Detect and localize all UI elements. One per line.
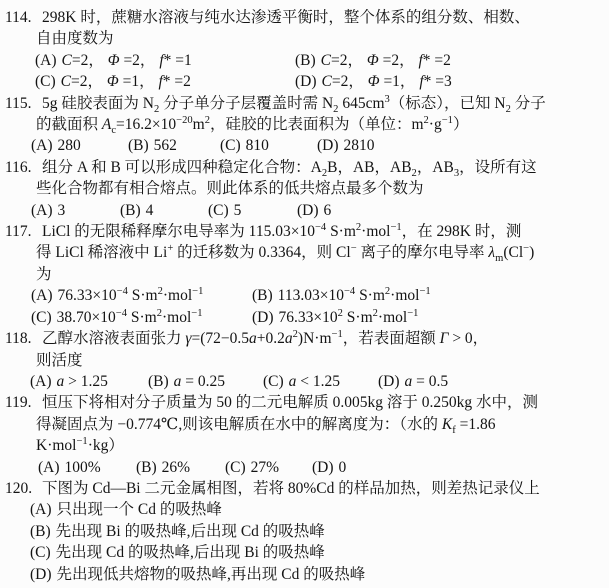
question-119-number: 119. <box>5 392 42 413</box>
option-120-B: (B)先出现 Bi 的吸热峰,后出现 Cd 的吸热峰 <box>30 521 605 542</box>
option-119-D: (D)0 <box>312 457 605 478</box>
question-115-options: (A)280 (B)562 (C)810 (D)2810 <box>31 135 605 156</box>
option-119-D-text: 0 <box>339 459 347 476</box>
option-116-C-text: 5 <box>234 202 242 219</box>
option-114-C: (C)C=2， Φ =1， f* =2 <box>35 71 295 92</box>
option-114-D: (D)C=2， Φ =1， f* =3 <box>295 71 605 92</box>
option-120-D-label: (D) <box>30 566 52 583</box>
option-116-D: (D)6 <box>297 200 605 221</box>
option-116-C-label: (C) <box>208 202 229 219</box>
option-116-A-text: 3 <box>58 202 66 219</box>
option-119-C: (C)27% <box>225 457 312 478</box>
option-119-B: (B)26% <box>136 457 225 478</box>
option-120-C: (C)先出现 Cd 的吸热峰,后出现 Bi 的吸热峰 <box>30 542 605 563</box>
option-115-A-label: (A) <box>31 137 53 154</box>
option-116-B-text: 4 <box>146 202 154 219</box>
option-120-A: (A)只出现一个 Cd 的吸热峰 <box>30 499 605 520</box>
question-120-stem-line-1: 120. 下图为 Cd—Bi 二元金属相图，若将 80%Cd 的样品加热，则差热… <box>5 478 605 499</box>
option-114-A: (A)C=2， Φ =2， f* =1 <box>35 50 295 71</box>
option-117-D: (D)76.33×102 S·m2·mol−1 <box>252 307 605 328</box>
option-117-A-label: (A) <box>31 287 53 304</box>
option-119-C-text: 27% <box>251 459 279 476</box>
option-114-B: (B)C=2， Φ =2， f* =2 <box>295 50 605 71</box>
question-114-stem-line-2: 自由度数为 <box>5 28 605 49</box>
question-119-stem-text: 恒压下将相对分子质量为 50 的二元电解质 0.005kg 溶于 0.250kg… <box>42 392 538 413</box>
option-115-B-text: 562 <box>154 137 177 154</box>
option-119-A-text: 100% <box>65 459 101 476</box>
question-117-stem-text: LiCl 的无限稀释摩尔电导率为 115.03×10−4 S·m2·mol−1，… <box>42 221 521 242</box>
question-114-options: (A)C=2， Φ =2， f* =1 (B)C=2， Φ =2， f* =2 … <box>35 50 605 93</box>
question-115-stem-line-1: 115. 5g 硅胶表面为 N2 分子单分子层覆盖时需 N2 645cm3（标态… <box>5 93 605 114</box>
question-118-stem-text: 乙醇水溶液表面张力 γ=(72−0.5a+0.2a2)N·m−1，若表面超额 Γ… <box>42 328 488 349</box>
option-119-D-label: (D) <box>312 459 334 476</box>
question-120-options: (A)只出现一个 Cd 的吸热峰 (B)先出现 Bi 的吸热峰,后出现 Cd 的… <box>30 499 605 585</box>
option-116-B: (B)4 <box>120 200 208 221</box>
option-120-D: (D)先出现低共熔物的吸热峰,再出现 Cd 的吸热峰 <box>30 564 605 585</box>
option-120-B-label: (B) <box>30 523 51 540</box>
option-116-D-text: 6 <box>324 202 332 219</box>
question-117: 117. LiCl 的无限稀释摩尔电导率为 115.03×10−4 S·m2·m… <box>5 221 605 328</box>
option-118-B-text: a = 0.25 <box>174 373 225 390</box>
option-115-C: (C)810 <box>220 135 317 156</box>
question-116-stem-text: 组分 A 和 B 可以形成四种稳定化合物：A2B，AB，AB2，AB3，设所有这 <box>42 157 537 178</box>
question-116-stem-line-2: 些化合物都有相合熔点。则此体系的低共熔点最多个数为 <box>5 178 605 199</box>
option-115-A: (A)280 <box>31 135 128 156</box>
option-120-D-text: 先出现低共熔物的吸热峰,再出现 Cd 的吸热峰 <box>57 566 366 583</box>
question-116-number: 116. <box>5 157 42 178</box>
question-114: 114. 298K 时，蔗糖水溶液与纯水达渗透平衡时，整个体系的组分数、相数、 … <box>5 7 605 93</box>
option-114-B-label: (B) <box>295 52 316 69</box>
question-114-number: 114. <box>5 7 42 28</box>
option-120-A-text: 只出现一个 Cd 的吸热峰 <box>57 501 222 518</box>
option-114-C-text: C=2， Φ =1， f* =2 <box>61 73 191 90</box>
exam-page: 114. 298K 时，蔗糖水溶液与纯水达渗透平衡时，整个体系的组分数、相数、 … <box>0 0 609 585</box>
option-115-A-text: 280 <box>58 137 81 154</box>
option-115-B-label: (B) <box>128 137 149 154</box>
question-116: 116. 组分 A 和 B 可以形成四种稳定化合物：A2B，AB，AB2，AB3… <box>5 157 605 221</box>
question-118-number: 118. <box>5 328 42 349</box>
option-115-C-label: (C) <box>220 137 241 154</box>
question-117-stem-line-1: 117. LiCl 的无限稀释摩尔电导率为 115.03×10−4 S·m2·m… <box>5 221 605 242</box>
option-114-A-text: C=2， Φ =2， f* =1 <box>62 52 192 69</box>
option-118-C-label: (C) <box>263 373 284 390</box>
question-115-stem-line-2: 的截面积 Ac=16.2×10−20m2，硅胶的比表面积为（单位：m2·g−1） <box>5 114 605 135</box>
question-119-stem-line-2: 得凝固点为 −0.774℃,则该电解质在水中的解离度为：（水的 Kf =1.86 <box>5 414 605 435</box>
question-119: 119. 恒压下将相对分子质量为 50 的二元电解质 0.005kg 溶于 0.… <box>5 392 605 478</box>
question-118-options: (A)a > 1.25 (B)a = 0.25 (C)a < 1.25 (D)a… <box>30 371 605 392</box>
option-118-D-label: (D) <box>378 373 400 390</box>
question-120: 120. 下图为 Cd—Bi 二元金属相图，若将 80%Cd 的样品加热，则差热… <box>5 478 605 585</box>
question-119-stem-line-1: 119. 恒压下将相对分子质量为 50 的二元电解质 0.005kg 溶于 0.… <box>5 392 605 413</box>
option-115-D-label: (D) <box>317 137 339 154</box>
option-114-C-label: (C) <box>35 73 56 90</box>
option-116-A-label: (A) <box>31 202 53 219</box>
option-120-C-label: (C) <box>30 544 51 561</box>
option-114-A-label: (A) <box>35 52 57 69</box>
option-119-B-label: (B) <box>136 459 157 476</box>
option-119-C-label: (C) <box>225 459 246 476</box>
option-114-B-text: C=2， Φ =2， f* =2 <box>321 52 451 69</box>
option-118-A-label: (A) <box>30 373 52 390</box>
option-115-B: (B)562 <box>128 135 220 156</box>
question-118-stem-line-2: 则活度 <box>5 350 605 371</box>
option-118-C-text: a < 1.25 <box>289 373 340 390</box>
option-118-C: (C)a < 1.25 <box>263 371 378 392</box>
option-117-B: (B)113.03×10−4 S·m2·mol−1 <box>252 285 605 306</box>
option-118-D: (D)a = 0.5 <box>378 371 605 392</box>
question-117-number: 117. <box>5 221 42 242</box>
option-117-C-label: (C) <box>31 309 52 326</box>
question-114-stem-text: 298K 时，蔗糖水溶液与纯水达渗透平衡时，整个体系的组分数、相数、 <box>42 7 530 28</box>
question-117-stem-line-3: 为 <box>5 264 605 285</box>
question-120-number: 120. <box>5 478 42 499</box>
option-117-B-label: (B) <box>252 287 273 304</box>
option-115-C-text: 810 <box>246 137 269 154</box>
option-116-A: (A)3 <box>31 200 120 221</box>
question-118-stem-line-1: 118. 乙醇水溶液表面张力 γ=(72−0.5a+0.2a2)N·m−1，若表… <box>5 328 605 349</box>
option-116-B-label: (B) <box>120 202 141 219</box>
question-115-number: 115. <box>5 93 42 114</box>
question-118: 118. 乙醇水溶液表面张力 γ=(72−0.5a+0.2a2)N·m−1，若表… <box>5 328 605 392</box>
question-115: 115. 5g 硅胶表面为 N2 分子单分子层覆盖时需 N2 645cm3（标态… <box>5 93 605 157</box>
question-119-stem-line-3: K·mol−1·kg） <box>5 435 605 456</box>
question-117-options: (A)76.33×10−4 S·m2·mol−1 (B)113.03×10−4 … <box>31 285 605 328</box>
option-119-B-text: 26% <box>162 459 190 476</box>
option-114-D-label: (D) <box>295 73 317 90</box>
question-120-stem-text: 下图为 Cd—Bi 二元金属相图，若将 80%Cd 的样品加热，则差热记录仪上 <box>42 478 540 499</box>
option-116-D-label: (D) <box>297 202 319 219</box>
option-117-B-text: 113.03×10−4 S·m2·mol−1 <box>278 287 431 304</box>
option-120-C-text: 先出现 Cd 的吸热峰,后出现 Bi 的吸热峰 <box>56 544 325 561</box>
option-120-A-label: (A) <box>30 501 52 518</box>
option-116-C: (C)5 <box>208 200 297 221</box>
option-117-D-text: 76.33×102 S·m2·mol−1 <box>279 309 419 326</box>
option-115-D-text: 2810 <box>344 137 375 154</box>
option-118-B-label: (B) <box>148 373 169 390</box>
option-119-A: (A)100% <box>38 457 136 478</box>
option-115-D: (D)2810 <box>317 135 605 156</box>
question-119-options: (A)100% (B)26% (C)27% (D)0 <box>38 457 605 478</box>
option-114-D-text: C=2， Φ =1， f* =3 <box>322 73 452 90</box>
option-118-B: (B)a = 0.25 <box>148 371 263 392</box>
option-118-A-text: a > 1.25 <box>57 373 108 390</box>
option-117-D-label: (D) <box>252 309 274 326</box>
option-118-D-text: a = 0.5 <box>405 373 449 390</box>
question-114-stem-line-1: 114. 298K 时，蔗糖水溶液与纯水达渗透平衡时，整个体系的组分数、相数、 <box>5 7 605 28</box>
question-116-stem-line-1: 116. 组分 A 和 B 可以形成四种稳定化合物：A2B，AB，AB2，AB3… <box>5 157 605 178</box>
option-120-B-text: 先出现 Bi 的吸热峰,后出现 Cd 的吸热峰 <box>56 523 325 540</box>
option-119-A-label: (A) <box>38 459 60 476</box>
option-117-A-text: 76.33×10−4 S·m2·mol−1 <box>58 287 204 304</box>
question-115-stem-text: 5g 硅胶表面为 N2 分子单分子层覆盖时需 N2 645cm3（标态），已知 … <box>42 93 546 114</box>
question-117-stem-line-2: 得 LiCl 稀溶液中 Li+ 的迁移数为 0.3364，则 Cl− 离子的摩尔… <box>5 242 605 263</box>
option-118-A: (A)a > 1.25 <box>30 371 148 392</box>
option-117-C-text: 38.70×10−4 S·m2·mol−1 <box>57 309 203 326</box>
option-117-A: (A)76.33×10−4 S·m2·mol−1 <box>31 285 252 306</box>
option-117-C: (C)38.70×10−4 S·m2·mol−1 <box>31 307 252 328</box>
question-116-options: (A)3 (B)4 (C)5 (D)6 <box>31 200 605 221</box>
